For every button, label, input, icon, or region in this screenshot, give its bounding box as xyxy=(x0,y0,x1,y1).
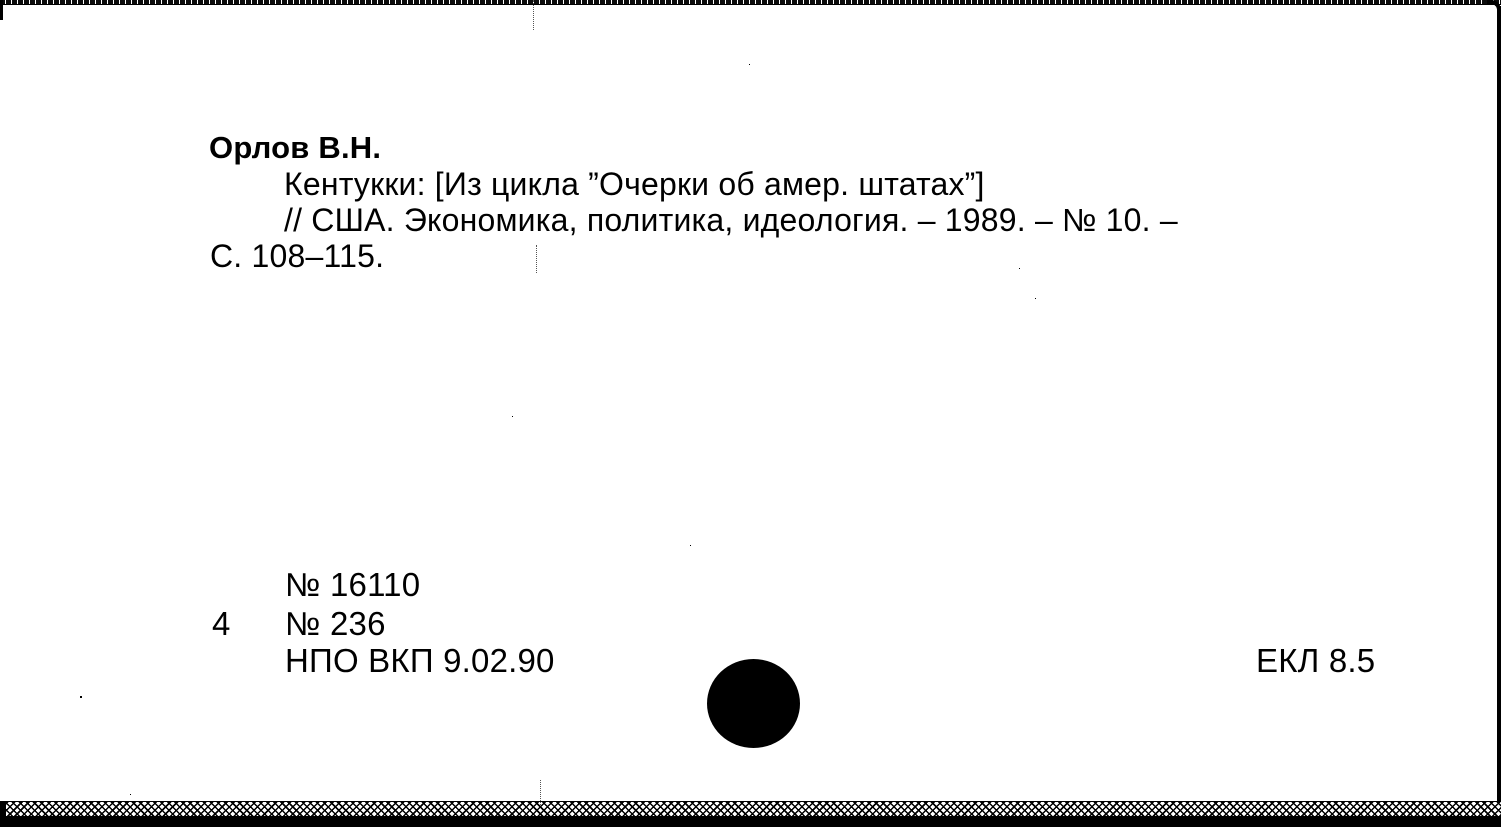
inventory-number-secondary: № 236 xyxy=(285,606,386,642)
page-range: С. 108–115. xyxy=(210,238,384,274)
scan-speck xyxy=(1019,268,1020,269)
scan-speck xyxy=(749,64,750,65)
inventory-number-primary: № 16110 xyxy=(285,567,420,603)
source-publication: // США. Экономика, политика, идеология. … xyxy=(284,202,1178,238)
scan-speck xyxy=(130,794,131,795)
card-bottom-shadow xyxy=(0,817,1501,827)
crosshatch-border xyxy=(4,801,1501,818)
author-name: Орлов В.Н. xyxy=(209,130,381,166)
copies-count: 4 xyxy=(212,606,231,642)
scan-artifact xyxy=(533,0,535,30)
card-bottom-edge xyxy=(0,801,1501,827)
scan-speck xyxy=(1035,298,1036,299)
card-left-edge-mark xyxy=(0,0,3,20)
scan-artifact xyxy=(536,245,538,273)
punch-hole-icon xyxy=(707,659,800,748)
work-title: Кентукки: [Из цикла ”Очерки об амер. шта… xyxy=(284,166,985,202)
origin-stamp: НПО ВКП 9.02.90 xyxy=(285,643,555,679)
classification-code: ЕКЛ 8.5 xyxy=(1256,643,1375,679)
scan-artifact xyxy=(540,780,542,805)
catalog-card: Орлов В.Н. Кентукки: [Из цикла ”Очерки о… xyxy=(0,0,1501,827)
card-top-edge-line xyxy=(0,4,1501,5)
scan-speck xyxy=(512,416,513,417)
card-bottom-left-corner xyxy=(0,801,6,827)
scan-speck xyxy=(690,545,691,546)
scan-speck xyxy=(80,696,82,698)
card-right-edge xyxy=(1497,6,1501,816)
